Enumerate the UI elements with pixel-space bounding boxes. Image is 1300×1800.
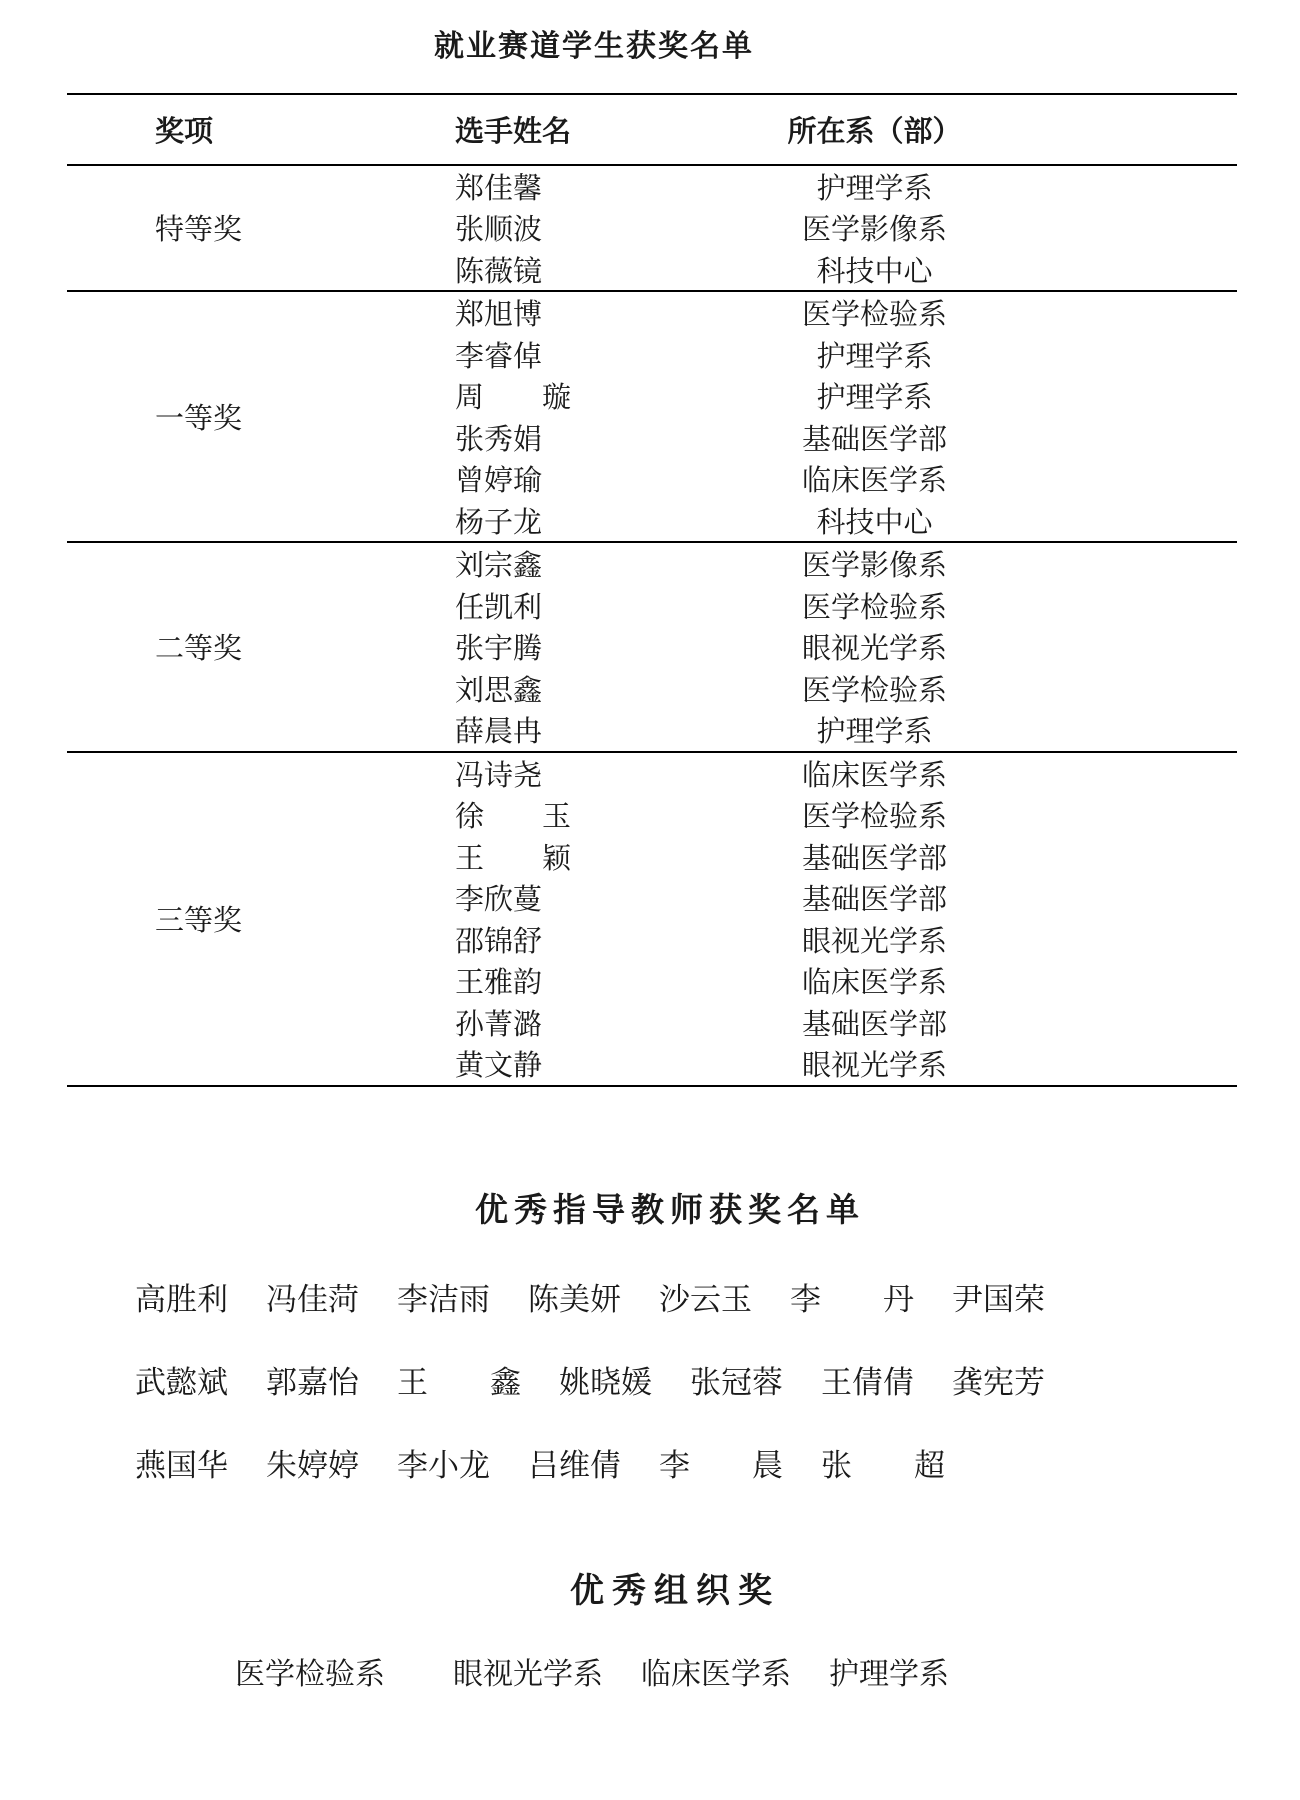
award-group: 三等奖冯诗尧临床医学系徐 玉医学检验系王 颖基础医学部李欣蔓基础医学部邵锦舒眼视…: [67, 753, 1237, 1085]
teacher-name: 张 超: [821, 1445, 945, 1487]
teacher-name: 李小龙: [397, 1445, 490, 1487]
department-item: 眼视光学系: [453, 1654, 603, 1696]
teacher-name: 王 鑫: [397, 1362, 521, 1404]
table-row: 冯诗尧临床医学系: [336, 753, 1237, 795]
table-row: 陈薇镜科技中心: [336, 249, 1237, 291]
organization-award-departments: 医学检验系眼视光学系临床医学系护理学系: [235, 1654, 1300, 1696]
document-page: 就业赛道学生获奖名单 奖项 选手姓名 所在系（部） 特等奖郑佳馨护理学系张顺波医…: [0, 0, 1300, 1800]
table-row: 黄文静眼视光学系: [336, 1043, 1237, 1085]
teacher-row: 高胜利冯佳菏李洁雨陈美妍沙云玉李 丹尹国荣: [135, 1279, 1300, 1321]
teacher-name: 武懿斌: [135, 1362, 228, 1404]
winner-rows: 冯诗尧临床医学系徐 玉医学检验系王 颖基础医学部李欣蔓基础医学部邵锦舒眼视光学系…: [336, 753, 1237, 1085]
winner-name: 邵锦舒: [336, 919, 664, 960]
winner-name: 薛晨冉: [336, 709, 664, 750]
winner-name: 杨子龙: [336, 500, 664, 541]
table-row: 周 璇护理学系: [336, 375, 1237, 417]
winner-rows: 郑旭博医学检验系李睿倬护理学系周 璇护理学系张秀娟基础医学部曾婷瑜临床医学系杨子…: [336, 292, 1237, 541]
table-row: 杨子龙科技中心: [336, 500, 1237, 542]
winner-department: 护理学系: [664, 375, 1085, 416]
table-row: 邵锦舒眼视光学系: [336, 919, 1237, 961]
winner-department: 科技中心: [664, 249, 1085, 290]
teacher-row: 燕国华朱婷婷李小龙吕维倩李 晨张 超: [135, 1445, 1300, 1487]
award-name: 一等奖: [67, 292, 336, 541]
winner-department: 医学影像系: [664, 207, 1085, 248]
winner-department: 护理学系: [664, 166, 1085, 207]
teacher-name: 冯佳菏: [266, 1279, 359, 1321]
winner-department: 科技中心: [664, 500, 1085, 541]
table-row: 薛晨冉护理学系: [336, 709, 1237, 751]
winner-name: 李欣蔓: [336, 877, 664, 918]
winner-department: 护理学系: [664, 334, 1085, 375]
winner-name: 张顺波: [336, 207, 664, 248]
winner-department: 基础医学部: [664, 877, 1085, 918]
teacher-name: 姚晓媛: [559, 1362, 652, 1404]
winner-department: 基础医学部: [664, 417, 1085, 458]
winner-department: 医学检验系: [664, 668, 1085, 709]
department-item: 医学检验系: [235, 1654, 385, 1696]
winner-name: 黄文静: [336, 1043, 664, 1084]
winner-department: 医学检验系: [664, 794, 1085, 835]
teacher-name: 李 丹: [790, 1279, 914, 1321]
teacher-name: 燕国华: [135, 1445, 228, 1487]
table-row: 张宇腾眼视光学系: [336, 626, 1237, 668]
department-item: 护理学系: [829, 1654, 949, 1696]
teacher-name: 沙云玉: [659, 1279, 752, 1321]
teacher-name: 朱婷婷: [266, 1445, 359, 1487]
award-group: 特等奖郑佳馨护理学系张顺波医学影像系陈薇镜科技中心: [67, 166, 1237, 293]
teacher-awards-title: 优秀指导教师获奖名单: [0, 1187, 1300, 1235]
winner-department: 医学检验系: [664, 585, 1085, 626]
winner-department: 眼视光学系: [664, 919, 1085, 960]
winner-department: 医学影像系: [664, 543, 1085, 584]
teacher-name: 陈美妍: [528, 1279, 621, 1321]
winner-name: 张宇腾: [336, 626, 664, 667]
winner-name: 曾婷瑜: [336, 458, 664, 499]
teacher-name: 龚宪芳: [952, 1362, 1045, 1404]
winner-department: 临床医学系: [664, 458, 1085, 499]
column-header-department: 所在系（部）: [664, 109, 1085, 150]
column-header-award: 奖项: [67, 109, 336, 150]
teacher-name: 李洁雨: [397, 1279, 490, 1321]
award-name: 特等奖: [67, 166, 336, 291]
award-name: 二等奖: [67, 543, 336, 751]
winner-department: 医学检验系: [664, 292, 1085, 333]
teacher-name: 李 晨: [659, 1445, 783, 1487]
column-header-contestant-name: 选手姓名: [336, 109, 664, 150]
teacher-name-list: 高胜利冯佳菏李洁雨陈美妍沙云玉李 丹尹国荣武懿斌郭嘉怡王 鑫姚晓媛张冠蓉王倩倩龚…: [0, 1279, 1300, 1487]
table-row: 刘思鑫医学检验系: [336, 668, 1237, 710]
teacher-name: 高胜利: [135, 1279, 228, 1321]
winner-name: 冯诗尧: [336, 753, 664, 794]
table-row: 任凯利医学检验系: [336, 585, 1237, 627]
teacher-name: 王倩倩: [821, 1362, 914, 1404]
table-header-row: 奖项 选手姓名 所在系（部）: [67, 95, 1237, 166]
teacher-name: 尹国荣: [952, 1279, 1045, 1321]
winner-name: 刘思鑫: [336, 668, 664, 709]
table-row: 李睿倬护理学系: [336, 334, 1237, 376]
winner-department: 护理学系: [664, 709, 1085, 750]
table-row: 李欣蔓基础医学部: [336, 877, 1237, 919]
winner-name: 孙菁潞: [336, 1002, 664, 1043]
winner-department: 眼视光学系: [664, 1043, 1085, 1084]
winner-department: 临床医学系: [664, 960, 1085, 1001]
winner-name: 徐 玉: [336, 794, 664, 835]
department-item: 临床医学系: [641, 1654, 791, 1696]
table-row: 郑佳馨护理学系: [336, 166, 1237, 208]
table-row: 王雅韵临床医学系: [336, 960, 1237, 1002]
winner-name: 周 璇: [336, 375, 664, 416]
winner-name: 王 颖: [336, 836, 664, 877]
winner-department: 基础医学部: [664, 1002, 1085, 1043]
award-group: 一等奖郑旭博医学检验系李睿倬护理学系周 璇护理学系张秀娟基础医学部曾婷瑜临床医学…: [67, 292, 1237, 543]
winner-department: 眼视光学系: [664, 626, 1085, 667]
teacher-row: 武懿斌郭嘉怡王 鑫姚晓媛张冠蓉王倩倩龚宪芳: [135, 1362, 1300, 1404]
winner-name: 李睿倬: [336, 334, 664, 375]
winner-rows: 刘宗鑫医学影像系任凯利医学检验系张宇腾眼视光学系刘思鑫医学检验系薛晨冉护理学系: [336, 543, 1237, 751]
award-group: 二等奖刘宗鑫医学影像系任凯利医学检验系张宇腾眼视光学系刘思鑫医学检验系薛晨冉护理…: [67, 543, 1237, 753]
table-body: 特等奖郑佳馨护理学系张顺波医学影像系陈薇镜科技中心一等奖郑旭博医学检验系李睿倬护…: [67, 166, 1237, 1085]
teacher-name: 郭嘉怡: [266, 1362, 359, 1404]
table-row: 郑旭博医学检验系: [336, 292, 1237, 334]
winner-name: 王雅韵: [336, 960, 664, 1001]
winner-name: 郑佳馨: [336, 166, 664, 207]
winner-department: 基础医学部: [664, 836, 1085, 877]
table-row: 刘宗鑫医学影像系: [336, 543, 1237, 585]
award-name: 三等奖: [67, 753, 336, 1085]
winner-name: 郑旭博: [336, 292, 664, 333]
teacher-name: 张冠蓉: [690, 1362, 783, 1404]
winner-name: 刘宗鑫: [336, 543, 664, 584]
table-row: 徐 玉医学检验系: [336, 794, 1237, 836]
table-row: 张秀娟基础医学部: [336, 417, 1237, 459]
table-row: 孙菁潞基础医学部: [336, 1002, 1237, 1044]
winner-department: 临床医学系: [664, 753, 1085, 794]
winner-name: 任凯利: [336, 585, 664, 626]
student-awards-title: 就业赛道学生获奖名单: [0, 28, 1300, 66]
organization-award-title: 优秀组织奖: [0, 1568, 1300, 1616]
teacher-name: 吕维倩: [528, 1445, 621, 1487]
winner-rows: 郑佳馨护理学系张顺波医学影像系陈薇镜科技中心: [336, 166, 1237, 291]
table-row: 王 颖基础医学部: [336, 836, 1237, 878]
table-row: 曾婷瑜临床医学系: [336, 458, 1237, 500]
table-row: 张顺波医学影像系: [336, 207, 1237, 249]
winner-name: 张秀娟: [336, 417, 664, 458]
student-awards-table: 奖项 选手姓名 所在系（部） 特等奖郑佳馨护理学系张顺波医学影像系陈薇镜科技中心…: [67, 93, 1237, 1087]
winner-name: 陈薇镜: [336, 249, 664, 290]
